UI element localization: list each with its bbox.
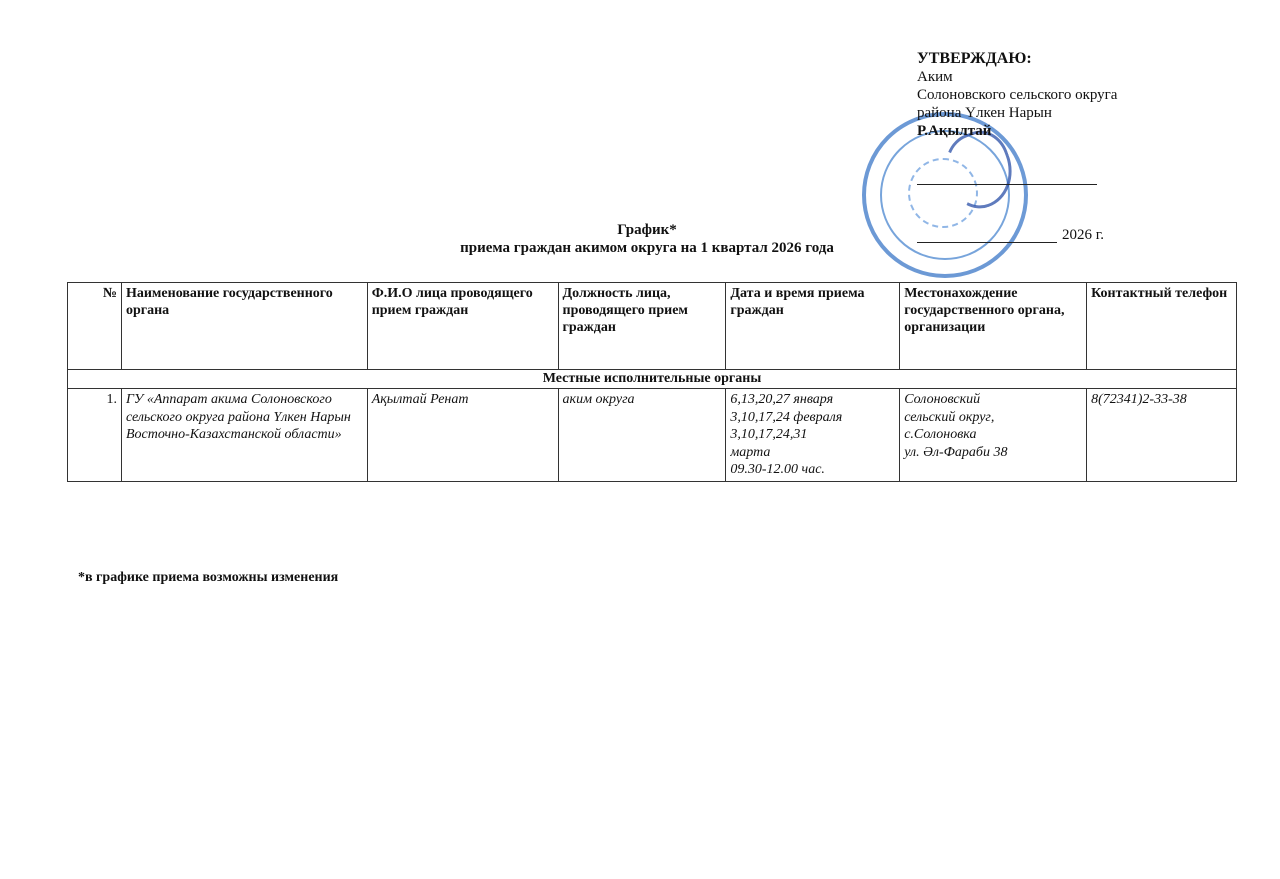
header-schedule: Дата и время приема граждан [726,283,900,370]
location-line: Солоновский [904,391,1082,409]
row-schedule: 6,13,20,27 января 3,10,17,24 февраля 3,1… [726,389,900,482]
row-organ: ГУ «Аппарат акима Солоновского сельского… [121,389,367,482]
location-line: с.Солоновка [904,426,1082,444]
approval-block: УТВЕРЖДАЮ: Аким Солоновского сельского о… [917,50,1117,140]
approval-line: района Үлкен Нарын [917,104,1117,122]
approval-heading: УТВЕРЖДАЮ: [917,50,1117,68]
header-number: № [68,283,122,370]
header-fio: Ф.И.О лица проводящего прием граждан [367,283,558,370]
section-row: Местные исполнительные органы [68,370,1237,389]
approval-line: Солоновского сельского округа [917,86,1117,104]
document-title: График* [0,222,1280,239]
header-phone: Контактный телефон [1087,283,1237,370]
table-header-row: № Наименование государственного органа Ф… [68,283,1237,370]
row-position: аким округа [558,389,726,482]
header-position: Должность лица, проводящего прием гражда… [558,283,726,370]
schedule-line: 3,10,17,24,31 [730,426,895,444]
location-line: сельский округ, [904,409,1082,427]
approval-line: Аким [917,68,1117,86]
location-line: ул. Әл-Фараби 38 [904,444,1082,462]
row-phone: 8(72341)2-33-38 [1087,389,1237,482]
schedule-line: марта [730,444,895,462]
table-row: 1. ГУ «Аппарат акима Солоновского сельск… [68,389,1237,482]
schedule-line: 3,10,17,24 февраля [730,409,895,427]
row-number: 1. [68,389,122,482]
schedule-line: 09.30-12.00 час. [730,461,895,479]
footnote: *в графике приема возможны изменения [78,570,338,586]
approval-signer: Р.Ақылтай [917,122,1117,140]
schedule-line: 6,13,20,27 января [730,391,895,409]
section-title: Местные исполнительные органы [68,370,1237,389]
row-location: Солоновский сельский округ, с.Солоновка … [900,389,1087,482]
schedule-table: № Наименование государственного органа Ф… [67,282,1237,482]
signature-line [917,184,1097,185]
header-organ: Наименование государственного органа [121,283,367,370]
document-subtitle: приема граждан акимом округа на 1 кварта… [0,240,1280,257]
header-location: Местонахождение государственного органа,… [900,283,1087,370]
row-fio: Ақылтай Ренат [367,389,558,482]
